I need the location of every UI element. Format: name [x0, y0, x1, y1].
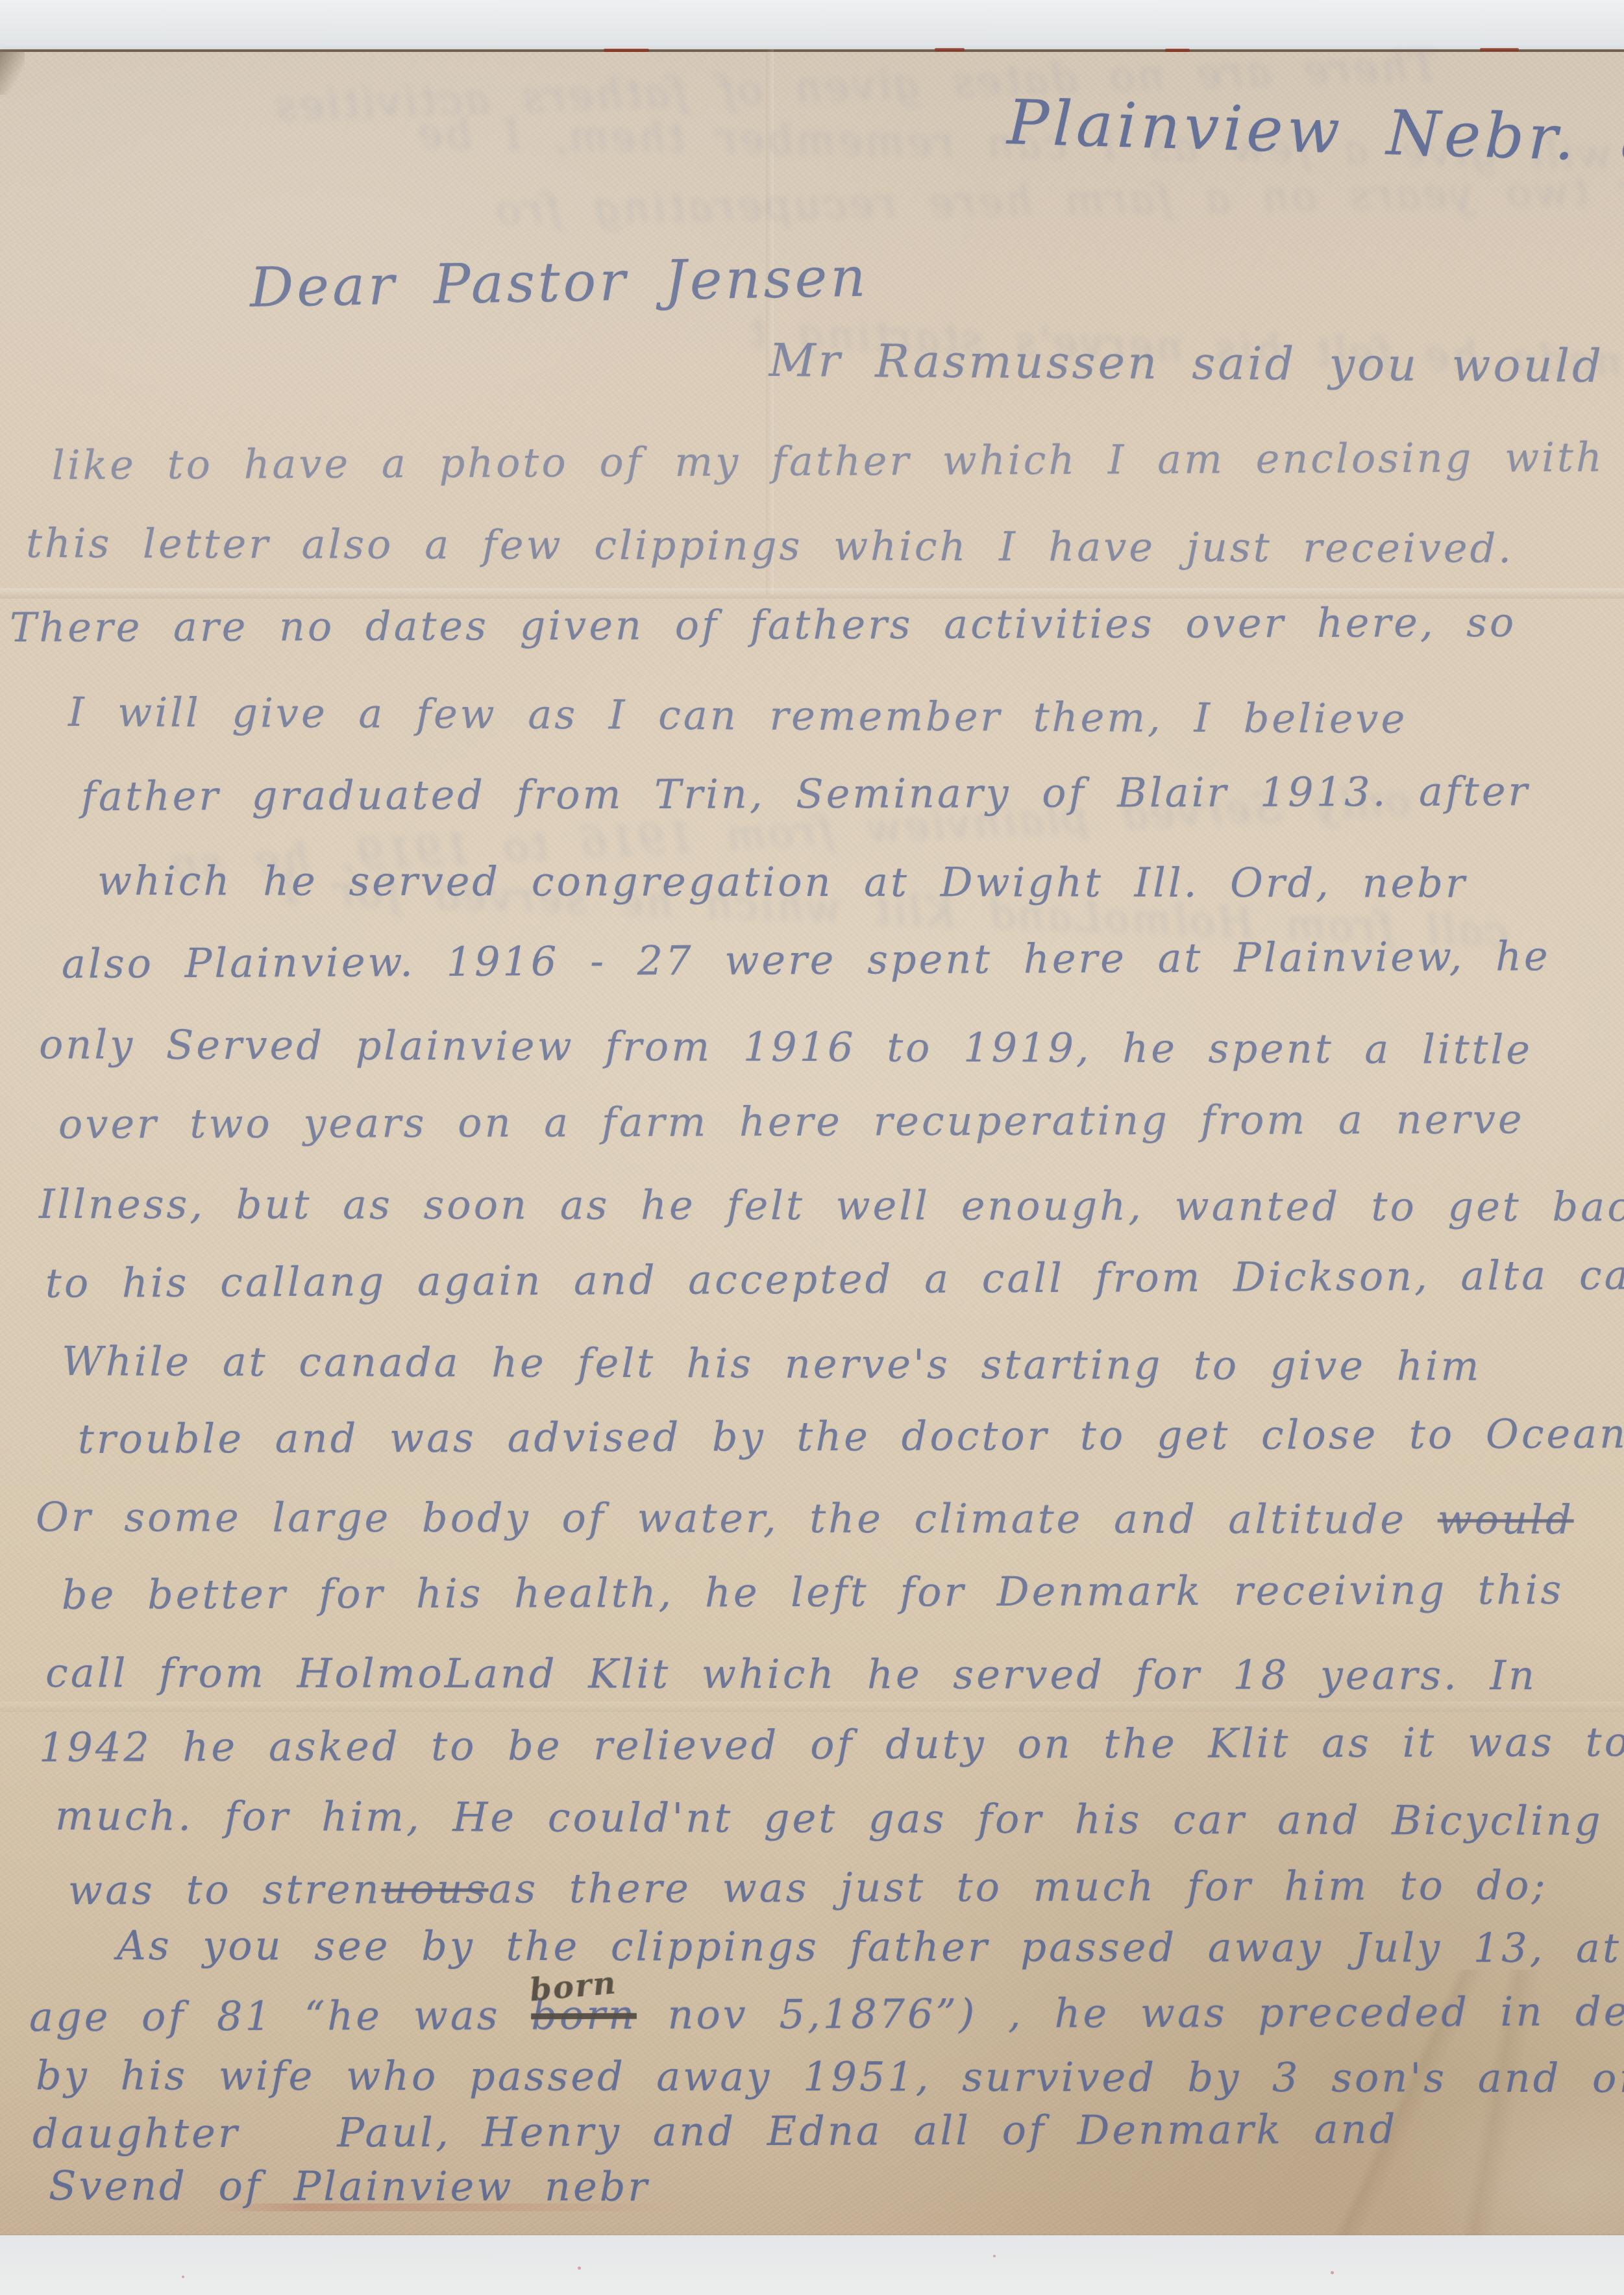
letter-line: which he served congregation at Dwight I…: [97, 857, 1468, 907]
letter-line: call from HolmoLand Klit which he served…: [45, 1649, 1537, 1699]
scanner-background-bottom: [0, 2235, 1624, 2295]
struck-word: would: [1438, 1496, 1574, 1543]
letter-line: father graduated from Trin, Seminary of …: [81, 767, 1530, 820]
salutation: Dear Pastor Jensen: [249, 245, 869, 319]
letter-line: was to strenuousas there was just to muc…: [68, 1861, 1548, 1914]
letter-line: also Plainview. 1916 - 27 were spent her…: [62, 932, 1551, 987]
letter-line: age of 81 “he was bornborn nov 5,1876”) …: [29, 1987, 1624, 2041]
red-edge-mark: [604, 49, 649, 52]
letter-line: this letter also a few clippings which I…: [26, 519, 1514, 572]
red-edge-mark: [1480, 48, 1519, 51]
fold-crease: [0, 588, 1624, 599]
letter-line: over two years on a farm here recuperati…: [58, 1095, 1525, 1148]
scanner-background-top: [0, 0, 1624, 51]
letter-paper: There are no dates given of fathers acti…: [0, 49, 1624, 2242]
letter-line: I will give a few as I can remember them…: [68, 688, 1408, 743]
letter-line: 1942 he asked to be relieved of duty on …: [39, 1718, 1624, 1771]
letter-line: only Served plainview from 1916 to 1919,…: [39, 1021, 1532, 1073]
letter-line: Or some large body of water, the climate…: [36, 1493, 1574, 1543]
letter-line: trouble and was advised by the doctor to…: [78, 1410, 1624, 1463]
letter-line: While at canada he felt his nerve's star…: [62, 1337, 1482, 1390]
letter-line: much. for him, He could'nt get gas for h…: [55, 1792, 1603, 1844]
letter-line: daughterPaul, Henry and Edna all of Denm…: [32, 2105, 1398, 2157]
scan-speck: [182, 2276, 184, 2278]
letter-line: Mr Rasmussen said you would: [769, 334, 1604, 393]
letter-line: like to have a photo of my father which …: [52, 433, 1605, 489]
letter-line: Svend of Plainview nebr: [49, 2162, 650, 2211]
struck-word: bornborn: [531, 1991, 637, 2039]
fold-crease: [0, 1702, 1624, 1712]
letter-line: by his wife who passed away 1951, surviv…: [36, 2052, 1624, 2102]
letter-line: be better for his health, he left for De…: [62, 1566, 1564, 1619]
scan-speck: [993, 2255, 996, 2257]
scan-speck: [578, 2266, 581, 2270]
letter-line: Illness, but as soon as he felt well eno…: [39, 1180, 1624, 1230]
struck-word: uous: [381, 1865, 488, 1913]
letter-line: As you see by the clippings father passe…: [117, 1922, 1624, 1972]
paper-edge-shadow: [0, 49, 25, 95]
letter-word: Paul, Henry and Edna all of Denmark and: [337, 2105, 1397, 2157]
red-edge-mark: [935, 48, 965, 51]
letter-line: to his callang again and accepted a call…: [45, 1250, 1624, 1307]
letter-line: There are no dates given of fathers acti…: [10, 599, 1517, 651]
ink-bleed-ghost: over two years on a farm here recuperati…: [493, 165, 1624, 234]
scan-speck: [1331, 2271, 1334, 2274]
